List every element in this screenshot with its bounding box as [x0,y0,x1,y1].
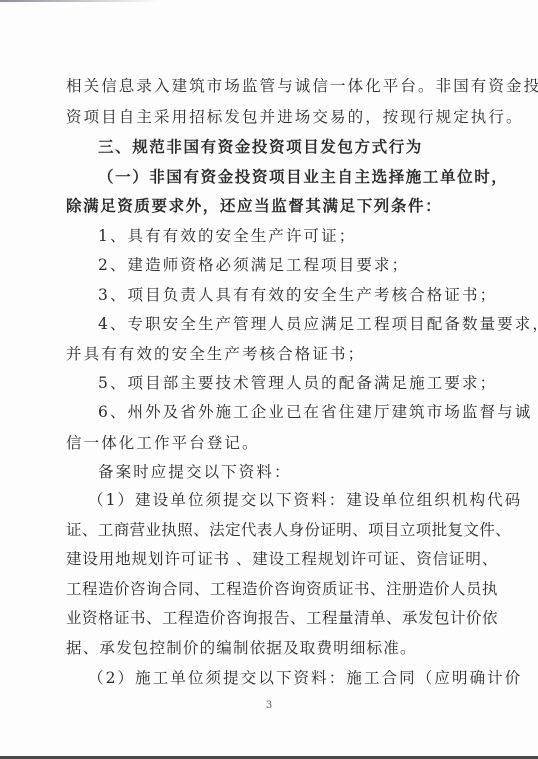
list-item: 5、项目部主要技术管理人员的配备满足施工要求； [98,371,497,395]
list-item: 6、州外及省外施工企业已在省住建厅建筑市场监督与诚 [98,400,532,424]
paragraph-line: 工程造价咨询合同、工程造价咨询资质证书、注册造价人员执 [66,577,498,601]
paragraph-line: 相关信息录入建筑市场监管与诚信一体化平台。非国有资金投 [66,74,538,98]
list-item-continued: 信一体化工作平台登记。 [66,431,260,455]
list-item-continued: 并具有有效的安全生产考核合格证书； [66,342,365,366]
list-item: 2、建造师资格必须满足工程项目要求； [98,253,409,277]
paragraph-line: 业资格证书、工程造价咨询报告、工程量清单、承发包计价依 [66,606,498,630]
paragraph-line: 建设用地规划许可证书 、建设工程规划许可证、资信证明、 [66,547,498,571]
paragraph-line: （1）建设单位须提交以下资料：建设单位组织机构代码 [88,488,522,512]
list-item: 3、项目负责人具有有效的安全生产考核合格证书； [98,283,497,307]
subsection-heading-continued: 除满足资质要求外，还应当监督其满足下列条件： [66,194,442,218]
paragraph-line: 据、承发包控制价的编制依据及取费明细标准。 [66,636,417,660]
page-number: 3 [0,700,538,711]
section-heading: 三、规范非国有资金投资项目发包方式行为 [98,135,423,159]
paragraph-line: （2）施工单位须提交以下资料：施工合同（应明确计价 [88,666,522,690]
scan-edge-shade [0,0,160,2]
paragraph-line: 证、工商营业执照、法定代表人身份证明、项目立项批复文件、 [66,518,511,542]
list-item: 4、专职安全生产管理人员应满足工程项目配备数量要求， [98,312,538,336]
paragraph-line: 资项目自主采用招标发包并进场交易的，按现行规定执行。 [66,105,524,129]
subsection-heading: （一）非国有资金投资项目业主自主选择施工单位时， [98,165,508,189]
paragraph-line: 备案时应提交以下资料： [98,460,292,484]
list-item: 1、具有有效的安全生产许可证； [98,224,356,248]
